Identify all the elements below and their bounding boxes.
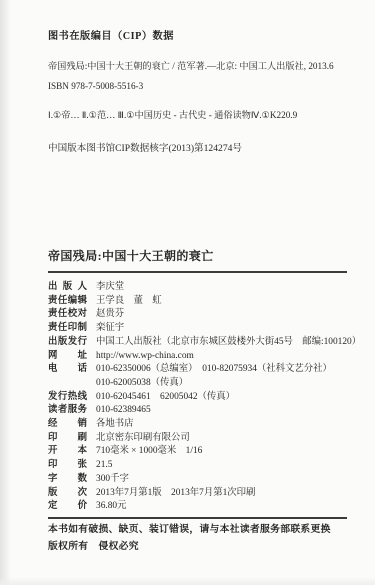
divider-line-top — [48, 271, 347, 273]
colophon-value: http://www.wp-china.com — [96, 351, 194, 361]
colophon-label: 责任编辑 — [48, 295, 87, 309]
colophon-table: 出版人李庆堂 责任编辑王学良 董 虹 责任校对赵贵芬 责任印制栾征宇 出版发行中… — [48, 281, 361, 514]
colophon-label: 读者服务 — [48, 404, 87, 418]
colophon-row: 开本710毫米 × 1000毫米 1/16 — [48, 445, 361, 459]
colophon-label: 电话 — [48, 363, 87, 377]
copyright-notice: 版权所有 侵权必究 — [48, 539, 331, 556]
cip-description: 帝国残局:中国十大王朝的衰亡 / 范军著.—北京: 中国工人出版社, 2013.… — [48, 56, 351, 76]
colophon-row: 出版人李庆堂 — [48, 281, 361, 295]
colophon-label: 开本 — [48, 445, 87, 459]
colophon-value: 王学良 董 虹 — [96, 296, 162, 306]
cip-isbn: ISBN 978-7-5008-5516-3 — [48, 76, 351, 96]
page-left-shadow — [0, 0, 11, 585]
colophon-label: 版次 — [48, 487, 87, 501]
colophon-value: 36.80元 — [96, 501, 126, 511]
colophon-label: 字数 — [48, 473, 87, 487]
colophon-label: 发行热线 — [48, 391, 87, 405]
colophon-label: 责任印制 — [48, 322, 87, 336]
colophon-value: 中国工人出版社（北京市东城区鼓楼外大街45号 邮编:100120） — [96, 337, 361, 347]
colophon-row: 印刷北京密东印刷有限公司 — [48, 432, 361, 446]
colophon-row: 发行热线010-62045461 62005042（传真） — [48, 391, 361, 405]
colophon-row: 电话010-62350006（总编室） 010-82075934（社科文艺分社） — [48, 363, 361, 377]
colophon-label: 责任校对 — [48, 308, 87, 322]
colophon-value: 010-62005038（传真） — [96, 378, 188, 388]
colophon-row: 网址http://www.wp-china.com — [48, 350, 361, 364]
colophon-row: 定价36.80元 — [48, 500, 361, 514]
colophon-value: 各地书店 — [96, 419, 134, 429]
colophon-value: 21.5 — [96, 460, 112, 470]
footer-notices: 本书如有破损、缺页、装订错误，请与本社读者服务部联系更换 版权所有 侵权必究 — [48, 522, 331, 555]
colophon-row: 出版发行中国工人出版社（北京市东城区鼓楼外大街45号 邮编:100120） — [48, 336, 361, 350]
colophon-row: 责任印制栾征宇 — [48, 322, 361, 336]
colophon-label: 印张 — [48, 459, 87, 473]
colophon-row: 经销各地书店 — [48, 418, 361, 432]
colophon-row-continuation: 010-62005038（传真） — [48, 377, 361, 391]
colophon-row: 责任校对赵贵芬 — [48, 308, 361, 322]
colophon-value: 010-62350006（总编室） 010-82075934（社科文艺分社） — [96, 364, 332, 374]
colophon-row: 责任编辑王学良 董 虹 — [48, 295, 361, 309]
cip-record-number: 中国版本图书馆CIP数据核字(2013)第124274号 — [48, 139, 351, 159]
page-bottom-shadow — [0, 577, 375, 585]
book-title: 帝国残局:中国十大王朝的衰亡 — [48, 247, 214, 264]
colophon-label: 网址 — [48, 350, 87, 364]
colophon-value: 710毫米 × 1000毫米 1/16 — [96, 446, 202, 456]
colophon-row: 印张21.5 — [48, 459, 361, 473]
colophon-label: 经销 — [48, 418, 87, 432]
colophon-label: 定价 — [48, 500, 87, 514]
cip-data-block: 图书在版编目（CIP）数据 帝国残局:中国十大王朝的衰亡 / 范军著.—北京: … — [48, 27, 351, 159]
colophon-label: 印刷 — [48, 432, 87, 446]
colophon-row: 版次2013年7月第1版 2013年7月第1次印刷 — [48, 487, 361, 501]
colophon-row: 读者服务010-62389465 — [48, 404, 361, 418]
colophon-value: 北京密东印刷有限公司 — [96, 433, 190, 443]
colophon-value: 栾征宇 — [96, 323, 124, 333]
colophon-value: 010-62045461 62005042（传真） — [96, 392, 235, 402]
damage-notice: 本书如有破损、缺页、装订错误，请与本社读者服务部联系更换 — [48, 522, 331, 539]
colophon-value: 赵贵芬 — [96, 309, 124, 319]
colophon-label: 出版发行 — [48, 336, 87, 350]
colophon-label: 出版人 — [48, 281, 87, 295]
colophon-row: 字数300千字 — [48, 473, 361, 487]
colophon-value: 2013年7月第1版 2013年7月第1次印刷 — [96, 488, 255, 498]
divider-line-bottom — [48, 517, 347, 519]
cip-header: 图书在版编目（CIP）数据 — [48, 27, 351, 42]
copyright-page: 图书在版编目（CIP）数据 帝国残局:中国十大王朝的衰亡 / 范军著.—北京: … — [0, 0, 375, 585]
colophon-value: 李庆堂 — [96, 282, 124, 292]
cip-classification: Ⅰ.①帝… Ⅱ.①范… Ⅲ.①中国历史 - 古代史 - 通俗读物Ⅳ.①K220.… — [48, 105, 351, 125]
colophon-value: 300千字 — [96, 474, 129, 484]
colophon-value: 010-62389465 — [96, 405, 151, 415]
